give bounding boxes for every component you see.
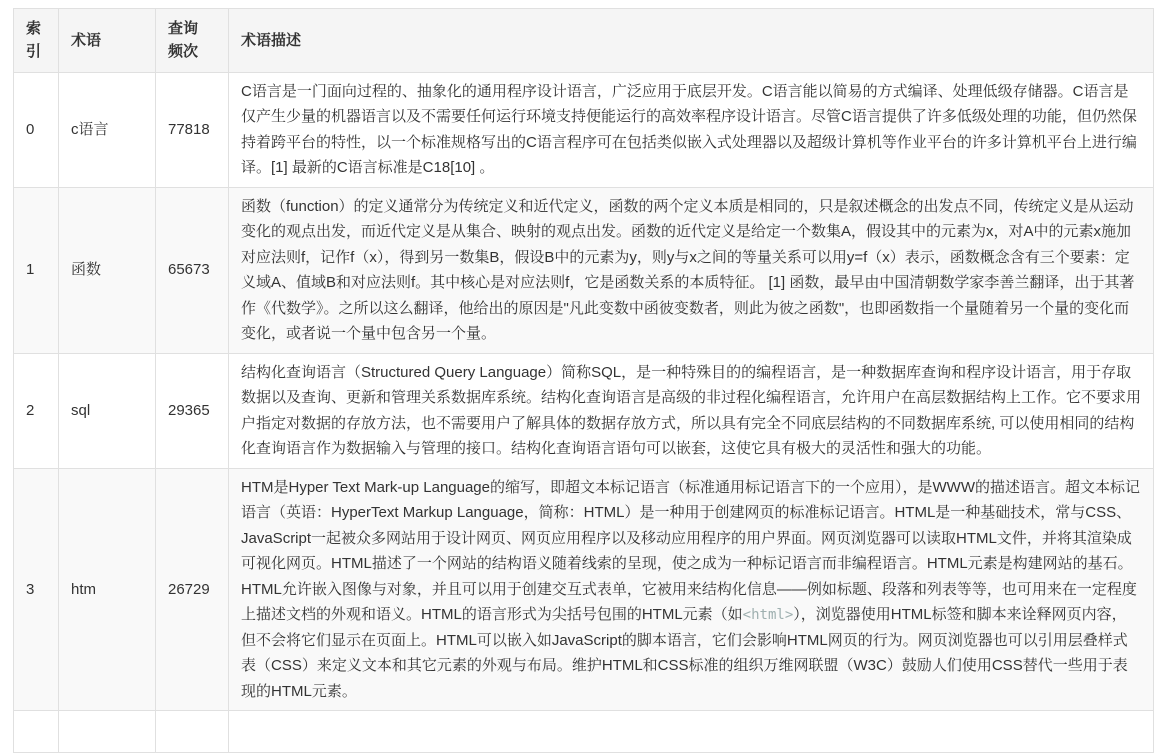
header-index: 索 引	[14, 9, 59, 73]
table-body: 0c语言77818C语言是一门面向过程的、抽象化的通用程序设计语言，广泛应用于底…	[14, 72, 1154, 727]
frequency-cell: 29365	[156, 353, 229, 468]
index-cell: 0	[14, 72, 59, 187]
description-cell: HTM是Hyper Text Mark-up Language的缩写，即超文本标…	[229, 468, 1154, 711]
header-row: 索 引 术语 查询 频次 术语描述	[14, 9, 1154, 73]
frequency-cell	[156, 711, 229, 727]
header-term: 术语	[59, 9, 156, 73]
table-row: 3htm26729HTM是Hyper Text Mark-up Language…	[14, 468, 1154, 711]
description-cell: 函数（function）的定义通常分为传统定义和近代定义，函数的两个定义本质是相…	[229, 187, 1154, 353]
frequency-cell: 65673	[156, 187, 229, 353]
term-cell: c语言	[59, 72, 156, 187]
header-description: 术语描述	[229, 9, 1154, 73]
term-cell: sql	[59, 353, 156, 468]
table-row: 1函数65673函数（function）的定义通常分为传统定义和近代定义，函数的…	[14, 187, 1154, 353]
description-cell	[229, 711, 1154, 727]
frequency-cell: 77818	[156, 72, 229, 187]
term-cell: 函数	[59, 187, 156, 353]
index-cell: 1	[14, 187, 59, 353]
index-cell: 2	[14, 353, 59, 468]
term-cell: htm	[59, 468, 156, 711]
header-frequency: 查询 频次	[156, 9, 229, 73]
table-row: 0c语言77818C语言是一门面向过程的、抽象化的通用程序设计语言，广泛应用于底…	[14, 72, 1154, 187]
description-cell: C语言是一门面向过程的、抽象化的通用程序设计语言，广泛应用于底层开发。C语言能以…	[229, 72, 1154, 187]
table-row-partial	[14, 711, 1154, 727]
description-cell: 结构化查询语言（Structured Query Language）简称SQL，…	[229, 353, 1154, 468]
table-row: 2sql29365结构化查询语言（Structured Query Langua…	[14, 353, 1154, 468]
frequency-cell: 26729	[156, 468, 229, 711]
terms-table: 索 引 术语 查询 频次 术语描述 0c语言77818C语言是一门面向过程的、抽…	[13, 8, 1154, 727]
inline-code-html: <html>	[743, 607, 794, 623]
table-header: 索 引 术语 查询 频次 术语描述	[14, 9, 1154, 73]
index-cell: 3	[14, 468, 59, 711]
index-cell	[14, 711, 59, 727]
terms-table-container: 索 引 术语 查询 频次 术语描述 0c语言77818C语言是一门面向过程的、抽…	[13, 8, 1153, 727]
term-cell	[59, 711, 156, 727]
